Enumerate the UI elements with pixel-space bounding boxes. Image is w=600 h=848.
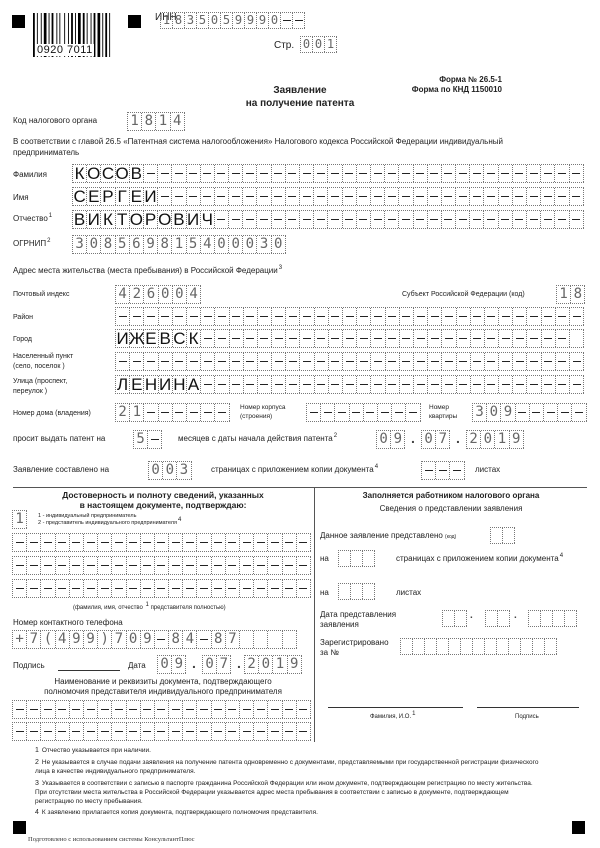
char-cell: [357, 353, 371, 370]
dash-mark: [228, 709, 236, 711]
dash-mark: [303, 338, 311, 340]
char-cell: [258, 330, 272, 347]
char-cell: [521, 639, 533, 654]
char-cell: [542, 308, 556, 325]
street-field[interactable]: ЛЕНИНА: [115, 375, 584, 394]
official-date-month[interactable]: [485, 610, 510, 627]
dash-mark: [147, 173, 155, 175]
char-cell: И: [187, 211, 201, 228]
dash-mark: [359, 219, 367, 221]
dash-mark: [172, 542, 180, 544]
dash-mark: [175, 316, 183, 318]
dash-mark: [573, 361, 581, 363]
dash-mark: [243, 709, 251, 711]
name-field[interactable]: СЕРГЕИ: [72, 187, 584, 206]
page-subtitle: на получение патента: [0, 99, 600, 109]
char-cell: [498, 611, 510, 626]
official-sheets-field[interactable]: [338, 583, 375, 600]
dash-mark: [44, 709, 52, 711]
dash-mark: [299, 565, 307, 567]
char-cell: [314, 211, 328, 228]
dash-mark: [417, 338, 425, 340]
dash-mark: [317, 361, 325, 363]
char-cell: [158, 165, 172, 182]
building-field[interactable]: [306, 403, 421, 422]
dash-mark: [200, 639, 208, 641]
char-cell: [300, 330, 314, 347]
char-cell: [329, 376, 343, 393]
char-cell: [226, 534, 240, 551]
representative-line-1[interactable]: [12, 533, 311, 552]
dash-mark: [502, 316, 510, 318]
dash-mark: [402, 196, 410, 198]
dash-mark: [299, 542, 307, 544]
char-cell: [283, 701, 297, 718]
char-cell: 1: [172, 236, 186, 253]
footnote-2: 2Не указывается в случае подачи заявлени…: [35, 758, 590, 776]
dash-mark: [388, 384, 396, 386]
dash-mark: [143, 709, 151, 711]
dash-mark: [44, 542, 52, 544]
dash-mark: [289, 316, 297, 318]
char-cell: [572, 404, 586, 421]
char-cell: 2: [245, 656, 259, 673]
dash-mark: [72, 542, 80, 544]
char-cell: [254, 580, 268, 597]
char-cell: [281, 13, 293, 28]
dash-mark: [345, 219, 353, 221]
dash-mark: [285, 709, 293, 711]
footnote-text: регистрацию по месту пребывания.: [35, 798, 143, 805]
char-cell: [457, 308, 471, 325]
dash-mark: [388, 219, 396, 221]
confirm-date-day[interactable]: 09: [157, 655, 186, 674]
char-cell: [240, 557, 254, 574]
char-cell: [56, 557, 70, 574]
char-cell: [499, 330, 513, 347]
char-cell: [371, 211, 385, 228]
char-cell: [283, 580, 297, 597]
sheets-label: листах: [475, 465, 500, 475]
dash-mark: [204, 316, 212, 318]
official-date-year[interactable]: [528, 610, 577, 627]
footnote-ref: 4: [375, 464, 378, 470]
char-cell: 0: [163, 462, 177, 479]
char-cell: 0: [422, 431, 436, 448]
district-field[interactable]: [115, 307, 584, 326]
dash-mark: [246, 196, 254, 198]
footnote-3: 3Указывается в соответствии с записью в …: [35, 779, 590, 806]
dash-mark: [101, 588, 109, 590]
pages-field[interactable]: 003: [148, 461, 192, 480]
char-cell: [27, 557, 41, 574]
char-cell: [169, 534, 183, 551]
dash-mark: [44, 731, 52, 733]
char-cell: [570, 211, 584, 228]
char-cell: 6: [130, 236, 144, 253]
char-cell: [545, 639, 557, 654]
char-cell: Ж: [130, 330, 144, 347]
dash-mark: [544, 173, 552, 175]
char-cell: [425, 639, 437, 654]
dash-mark: [172, 731, 180, 733]
dash-mark: [346, 338, 354, 340]
official-registered-field[interactable]: [400, 638, 557, 655]
char-cell: [158, 188, 172, 205]
doc-line-2[interactable]: [12, 722, 311, 741]
char-cell: [485, 353, 499, 370]
char-cell: С: [73, 188, 87, 205]
char-cell: [98, 580, 112, 597]
char-cell: 3: [177, 462, 191, 479]
dash-mark: [439, 470, 447, 472]
inn-field[interactable]: 1835059990: [160, 12, 305, 29]
city-field[interactable]: ИЖЕВСК: [115, 329, 584, 348]
dash-mark: [487, 316, 495, 318]
apartment-field[interactable]: 309: [472, 403, 587, 422]
char-cell: [13, 701, 27, 718]
char-cell: 5: [134, 431, 148, 448]
confirm-heading-2: в настоящем документе, подтверждаю:: [13, 500, 313, 510]
char-cell: [456, 211, 470, 228]
column-divider: [314, 487, 315, 742]
char-cell: [437, 639, 449, 654]
tax-authority-code[interactable]: 1814: [127, 112, 185, 131]
char-cell: 9: [288, 656, 302, 673]
dash-mark: [275, 316, 283, 318]
char-cell: [41, 534, 55, 551]
char-cell: [201, 376, 215, 393]
dash-mark: [303, 196, 311, 198]
char-cell: [197, 557, 211, 574]
char-cell: Е: [130, 376, 144, 393]
char-cell: [258, 308, 272, 325]
dash-mark: [331, 384, 339, 386]
dash-mark: [459, 173, 467, 175]
char-cell: ): [98, 631, 112, 648]
pages-suffix-text: страницах с приложением копии документа: [211, 465, 374, 474]
char-cell: [570, 188, 584, 205]
dash-mark: [402, 173, 410, 175]
dash-mark: [515, 173, 523, 175]
dash-mark: [228, 542, 236, 544]
dash-mark: [530, 196, 538, 198]
char-cell: [187, 188, 201, 205]
dash-mark: [360, 384, 368, 386]
char-cell: [159, 353, 173, 370]
signature-line: [58, 670, 120, 671]
dash-mark: [331, 173, 339, 175]
dash-mark: [331, 338, 339, 340]
char-cell: 9: [84, 631, 98, 648]
char-cell: [215, 211, 229, 228]
dash-mark: [331, 219, 339, 221]
char-cell: [527, 330, 541, 347]
postal-label: Почтовый индекс: [13, 290, 69, 300]
house-field[interactable]: 21: [115, 403, 230, 422]
postal-field[interactable]: 426004: [115, 285, 201, 304]
dash-mark: [218, 361, 226, 363]
char-cell: [470, 165, 484, 182]
locality-field[interactable]: [115, 352, 584, 371]
dash-mark: [544, 219, 552, 221]
char-cell: [70, 580, 84, 597]
dash-mark: [572, 173, 580, 175]
char-cell: [414, 376, 428, 393]
official-sheets-label: листах: [396, 588, 421, 598]
dash-mark: [204, 412, 212, 414]
char-cell: [293, 13, 305, 28]
dash-mark: [430, 219, 438, 221]
confirm-type-field[interactable]: 1: [12, 510, 27, 529]
dash-mark: [573, 384, 581, 386]
char-cell: 9: [70, 631, 84, 648]
char-cell: [442, 165, 456, 182]
char-cell: О: [87, 165, 101, 182]
dash-mark: [200, 709, 208, 711]
char-cell: [556, 330, 570, 347]
dash-mark: [204, 338, 212, 340]
char-cell: [351, 584, 363, 599]
char-cell: [148, 431, 162, 448]
char-cell: [41, 701, 55, 718]
phone-field[interactable]: +7(499)7098487: [12, 630, 297, 649]
dash-mark: [359, 173, 367, 175]
dash-mark: [487, 384, 495, 386]
char-cell: [357, 330, 371, 347]
dash-mark: [425, 470, 433, 472]
street-label: Улица (проспект,: [13, 377, 67, 387]
char-cell: [70, 723, 84, 740]
confirm-date-month[interactable]: 07: [202, 655, 231, 674]
footnote-number: 3: [35, 780, 39, 787]
dash-mark: [487, 219, 495, 221]
char-cell: [56, 701, 70, 718]
dash-mark: [30, 565, 38, 567]
dash-mark: [530, 384, 538, 386]
char-cell: [13, 723, 27, 740]
dash-mark: [303, 316, 311, 318]
dash-mark: [324, 412, 332, 414]
date-label: Дата: [128, 661, 146, 671]
char-cell: [343, 165, 357, 182]
dash-mark: [186, 709, 194, 711]
dash-mark: [232, 338, 240, 340]
dash-mark: [416, 219, 424, 221]
char-cell: [364, 404, 378, 421]
char-cell: [13, 557, 27, 574]
char-cell: [428, 376, 442, 393]
char-cell: [556, 353, 570, 370]
dash-mark: [217, 196, 225, 198]
char-cell: [98, 701, 112, 718]
page-field[interactable]: 001: [300, 36, 337, 53]
char-cell: 1: [13, 511, 27, 528]
char-cell: 0: [203, 656, 217, 673]
dash-mark: [271, 542, 279, 544]
dash-mark: [285, 542, 293, 544]
char-cell: 0: [259, 656, 273, 673]
char-cell: [84, 723, 98, 740]
official-code-field[interactable]: [490, 527, 515, 544]
dash-mark: [30, 709, 38, 711]
dash-mark: [157, 731, 165, 733]
patent-start-year[interactable]: 2019: [466, 430, 524, 449]
patent-start-day[interactable]: 09: [376, 430, 405, 449]
char-cell: 7: [436, 431, 450, 448]
locality-label-2: (село, поселок ): [13, 362, 65, 372]
dash-mark: [143, 731, 151, 733]
barcode-number: 0920 7011: [36, 44, 94, 56]
dash-mark: [299, 588, 307, 590]
code-hint: (код): [445, 534, 456, 540]
patent-request-label: просит выдать патент на: [13, 434, 105, 444]
dash-mark: [260, 196, 268, 198]
patent-start-month[interactable]: 07: [421, 430, 450, 449]
dash-mark: [473, 219, 481, 221]
address-heading: Адрес места жительства (места пребывания…: [13, 266, 282, 276]
dash-mark: [299, 731, 307, 733]
char-cell: [254, 701, 268, 718]
surname-field[interactable]: КОСОВ: [72, 164, 584, 183]
char-cell: Р: [144, 211, 158, 228]
dash-mark: [502, 384, 510, 386]
char-cell: [556, 376, 570, 393]
dash-mark: [473, 316, 481, 318]
char-cell: 4: [171, 113, 185, 130]
dash-mark: [459, 196, 467, 198]
char-cell: [244, 353, 258, 370]
confirm-date-year[interactable]: 2019: [244, 655, 302, 674]
representative-line-2[interactable]: [12, 556, 311, 575]
dash-mark: [172, 565, 180, 567]
char-cell: 1: [495, 431, 509, 448]
dash-mark: [175, 361, 183, 363]
char-cell: [155, 723, 169, 740]
char-cell: [399, 188, 413, 205]
dash-mark: [331, 316, 339, 318]
dash-mark: [395, 412, 403, 414]
sheets-field[interactable]: [421, 461, 465, 480]
char-cell: [371, 165, 385, 182]
char-cell: [201, 353, 215, 370]
char-cell: И: [144, 188, 158, 205]
char-cell: [112, 580, 126, 597]
char-cell: [141, 580, 155, 597]
char-cell: [484, 188, 498, 205]
dash-mark: [260, 384, 268, 386]
char-cell: [144, 404, 158, 421]
char-cell: 9: [233, 13, 245, 28]
char-cell: 5: [197, 13, 209, 28]
char-cell: Т: [116, 211, 130, 228]
dash-mark: [575, 412, 583, 414]
dash-mark: [453, 470, 461, 472]
dash-mark: [285, 588, 293, 590]
dash-mark: [133, 316, 141, 318]
dash-mark: [515, 196, 523, 198]
char-cell: 1: [156, 113, 170, 130]
doc-line-1[interactable]: [12, 700, 311, 719]
char-cell: [471, 308, 485, 325]
region-field[interactable]: 18: [556, 285, 585, 304]
char-cell: [70, 557, 84, 574]
representative-line-3[interactable]: [12, 579, 311, 598]
city-label: Город: [13, 335, 32, 345]
char-cell: [428, 211, 442, 228]
dash-mark: [374, 338, 382, 340]
dash-mark: [303, 384, 311, 386]
char-cell: [513, 165, 527, 182]
dash-mark: [547, 412, 555, 414]
official-pages-field[interactable]: [338, 550, 375, 567]
char-cell: [513, 188, 527, 205]
dash-mark: [530, 316, 538, 318]
char-cell: [471, 353, 485, 370]
dash-mark: [161, 173, 169, 175]
char-cell: [513, 376, 527, 393]
footnote-text: Указывается в соответствии с записью в п…: [42, 780, 533, 787]
char-cell: [457, 376, 471, 393]
char-cell: [491, 528, 503, 543]
char-cell: 0: [209, 13, 221, 28]
char-cell: [541, 188, 555, 205]
official-sign-line: [477, 707, 579, 708]
dash-mark: [87, 542, 95, 544]
dash-mark: [416, 196, 424, 198]
char-cell: 9: [257, 13, 269, 28]
char-cell: [300, 308, 314, 325]
patronymic-field[interactable]: ВИКТОРОВИЧ: [72, 210, 584, 229]
dash-mark: [58, 588, 66, 590]
char-cell: [27, 701, 41, 718]
official-pages-suffix: страницах с приложением копии документа4: [396, 554, 563, 564]
dash-mark: [217, 219, 225, 221]
char-cell: [555, 165, 569, 182]
dash-mark: [214, 731, 222, 733]
char-cell: [553, 611, 565, 626]
dash-mark: [275, 338, 283, 340]
char-cell: 0: [269, 13, 281, 28]
dash-mark: [257, 565, 265, 567]
ogrnip-field[interactable]: 308569815400030: [72, 235, 286, 254]
char-cell: [339, 551, 351, 566]
dash-mark: [274, 173, 282, 175]
char-cell: [442, 353, 456, 370]
char-cell: [127, 723, 141, 740]
dash-mark: [246, 219, 254, 221]
name-label: Имя: [13, 193, 29, 203]
official-date-day[interactable]: [442, 610, 467, 627]
char-cell: [230, 353, 244, 370]
char-cell: 8: [169, 631, 183, 648]
char-cell: [541, 165, 555, 182]
char-cell: [343, 353, 357, 370]
char-cell: [413, 639, 425, 654]
char-cell: [392, 404, 406, 421]
char-cell: [385, 211, 399, 228]
official-name-line: [328, 707, 463, 708]
char-cell: 8: [212, 631, 226, 648]
char-cell: О: [158, 211, 172, 228]
dash-mark: [228, 731, 236, 733]
dash-mark: [115, 565, 123, 567]
char-cell: [127, 701, 141, 718]
char-cell: [201, 188, 215, 205]
patent-months-field[interactable]: 5: [133, 430, 162, 449]
char-cell: [201, 404, 215, 421]
char-cell: [357, 188, 371, 205]
